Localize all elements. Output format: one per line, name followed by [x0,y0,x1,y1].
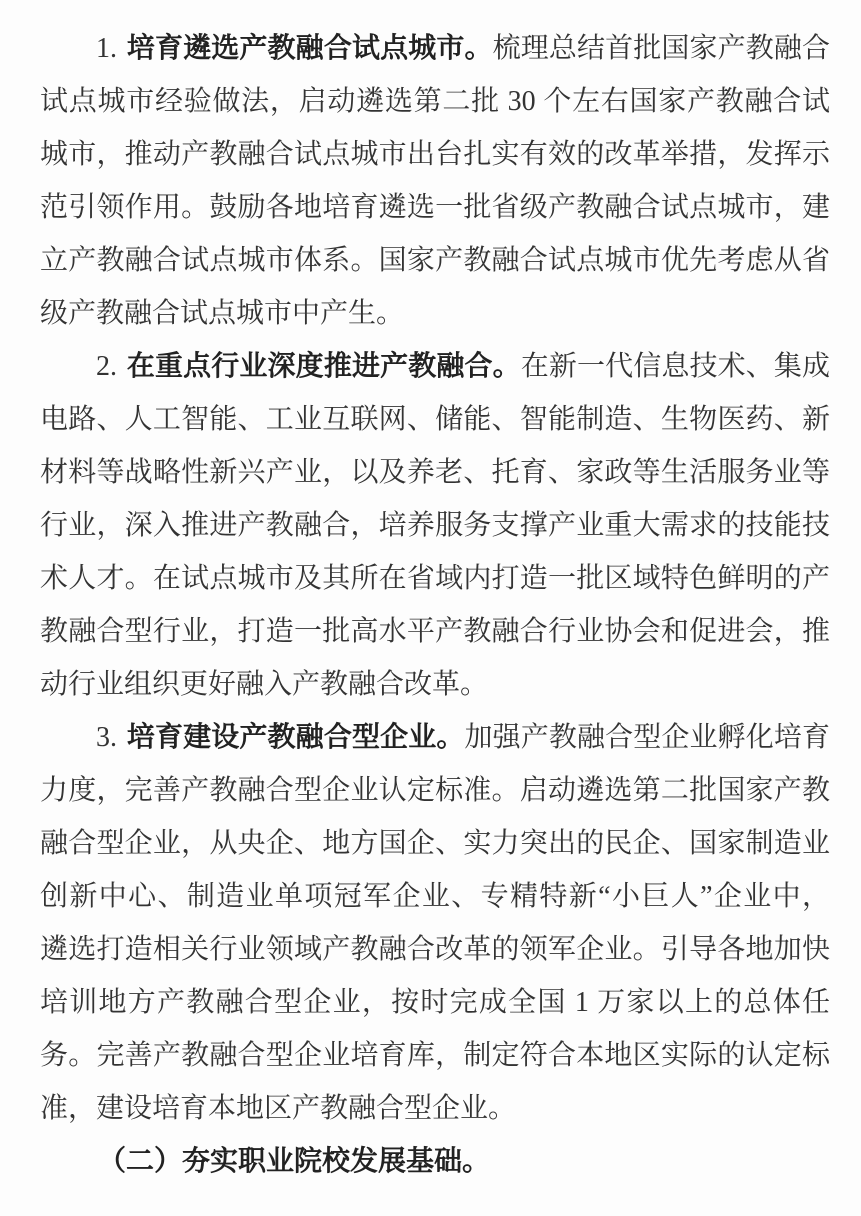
paragraph-2-number: 2. [96,351,117,382]
text-line: 力度，完善产教融合型企业认定标准。启动遴选第二批国家产教 [40,764,830,817]
paragraph-2-text: 教融合型行业，打造一批高水平产教融合行业协会和促进会，推 [40,616,830,647]
paragraph-3-number: 3. [96,722,117,753]
text-line: 材料等战略性新兴产业，以及养老、托育、家政等生活服务业等 [40,446,830,499]
paragraph-3-text: 加强产教融合型企业孵化培育 [464,722,830,753]
paragraph-3-lead: 培育建设产教融合型企业。 [127,722,465,753]
text-line: 城市，推动产教融合试点城市出台扎实有效的改革举措，发挥示 [40,128,830,181]
paragraph-3-text: 培训地方产教融合型企业，按时完成全国 1 万家以上的总体任 [40,987,830,1018]
paragraph-1-text: 试点城市经验做法，启动遴选第二批 30 个左右国家产教融合试点 [40,86,830,128]
paragraph-1-first-line: 1.培育遴选产教融合试点城市。梳理总结首批国家产教融合 [40,22,830,75]
paragraph-3-last-line: 准，建设培育本地区产教融合型企业。 [40,1082,830,1135]
paragraph-2-first-line: 2.在重点行业深度推进产教融合。在新一代信息技术、集成 [40,340,830,393]
paragraph-1-text: 范引领作用。鼓励各地培育遴选一批省级产教融合试点城市，建 [40,192,830,223]
text-line: 试点城市经验做法，启动遴选第二批 30 个左右国家产教融合试点 [40,75,830,128]
paragraph-3-text: 准，建设培育本地区产教融合型企业。 [40,1093,516,1124]
text-line: 电路、人工智能、工业互联网、储能、智能制造、生物医药、新 [40,393,830,446]
document-page: 1.培育遴选产教融合试点城市。梳理总结首批国家产教融合 试点城市经验做法，启动遴… [0,0,861,1216]
text-line: 培训地方产教融合型企业，按时完成全国 1 万家以上的总体任 [40,976,830,1029]
paragraph-1-last-line: 级产教融合试点城市中产生。 [40,287,830,340]
paragraph-3-text: 力度，完善产教融合型企业认定标准。启动遴选第二批国家产教 [40,775,830,806]
paragraph-1-text: 城市，推动产教融合试点城市出台扎实有效的改革举措，发挥示 [40,139,830,170]
document-content: 1.培育遴选产教融合试点城市。梳理总结首批国家产教融合 试点城市经验做法，启动遴… [0,0,861,1188]
paragraph-2-text: 电路、人工智能、工业互联网、储能、智能制造、生物医药、新 [40,404,830,435]
paragraph-1-number: 1. [96,33,117,64]
text-line: 教融合型行业，打造一批高水平产教融合行业协会和促进会，推 [40,605,830,658]
paragraph-3-text: 遴选打造相关行业领域产教融合改革的领军企业。引导各地加快 [40,934,830,965]
section-heading: （二）夯实职业院校发展基础。 [40,1135,830,1188]
paragraph-2-text: 动行业组织更好融入产教融合改革。 [40,669,488,700]
text-line: 术人才。在试点城市及其所在省域内打造一批区域特色鲜明的产 [40,552,830,605]
paragraph-2-last-line: 动行业组织更好融入产教融合改革。 [40,658,830,711]
text-line: 遴选打造相关行业领域产教融合改革的领军企业。引导各地加快 [40,923,830,976]
section-heading-text: （二）夯实职业院校发展基础。 [98,1146,490,1177]
text-line: 融合型企业，从央企、地方国企、实力突出的民企、国家制造业 [40,817,830,870]
paragraph-2-text: 在新一代信息技术、集成 [521,351,830,382]
paragraph-3-text: 务。完善产教融合型企业培育库，制定符合本地区实际的认定标 [40,1040,830,1071]
paragraph-3-text: 融合型企业，从央企、地方国企、实力突出的民企、国家制造业 [40,828,830,859]
paragraph-1-lead: 培育遴选产教融合试点城市。 [127,33,493,64]
paragraph-2-text: 材料等战略性新兴产业，以及养老、托育、家政等生活服务业等 [40,457,830,488]
paragraph-2-text: 行业，深入推进产教融合，培养服务支撑产业重大需求的技能技 [40,510,830,541]
paragraph-3-text: 创新中心、制造业单项冠军企业、专精特新“小巨人”企业中， [40,881,830,912]
paragraph-2-text: 术人才。在试点城市及其所在省域内打造一批区域特色鲜明的产 [40,563,830,594]
paragraph-1-text: 级产教融合试点城市中产生。 [40,298,404,329]
text-line: 立产教融合试点城市体系。国家产教融合试点城市优先考虑从省 [40,234,830,287]
paragraph-3-first-line: 3.培育建设产教融合型企业。加强产教融合型企业孵化培育 [40,711,830,764]
text-line: 创新中心、制造业单项冠军企业、专精特新“小巨人”企业中， [40,870,830,923]
text-line: 范引领作用。鼓励各地培育遴选一批省级产教融合试点城市，建 [40,181,830,234]
paragraph-2-lead: 在重点行业深度推进产教融合。 [127,351,521,382]
paragraph-1-text: 立产教融合试点城市体系。国家产教融合试点城市优先考虑从省 [40,245,830,276]
text-line: 行业，深入推进产教融合，培养服务支撑产业重大需求的技能技 [40,499,830,552]
paragraph-1-text: 梳理总结首批国家产教融合 [493,33,830,64]
text-line: 务。完善产教融合型企业培育库，制定符合本地区实际的认定标 [40,1029,830,1082]
